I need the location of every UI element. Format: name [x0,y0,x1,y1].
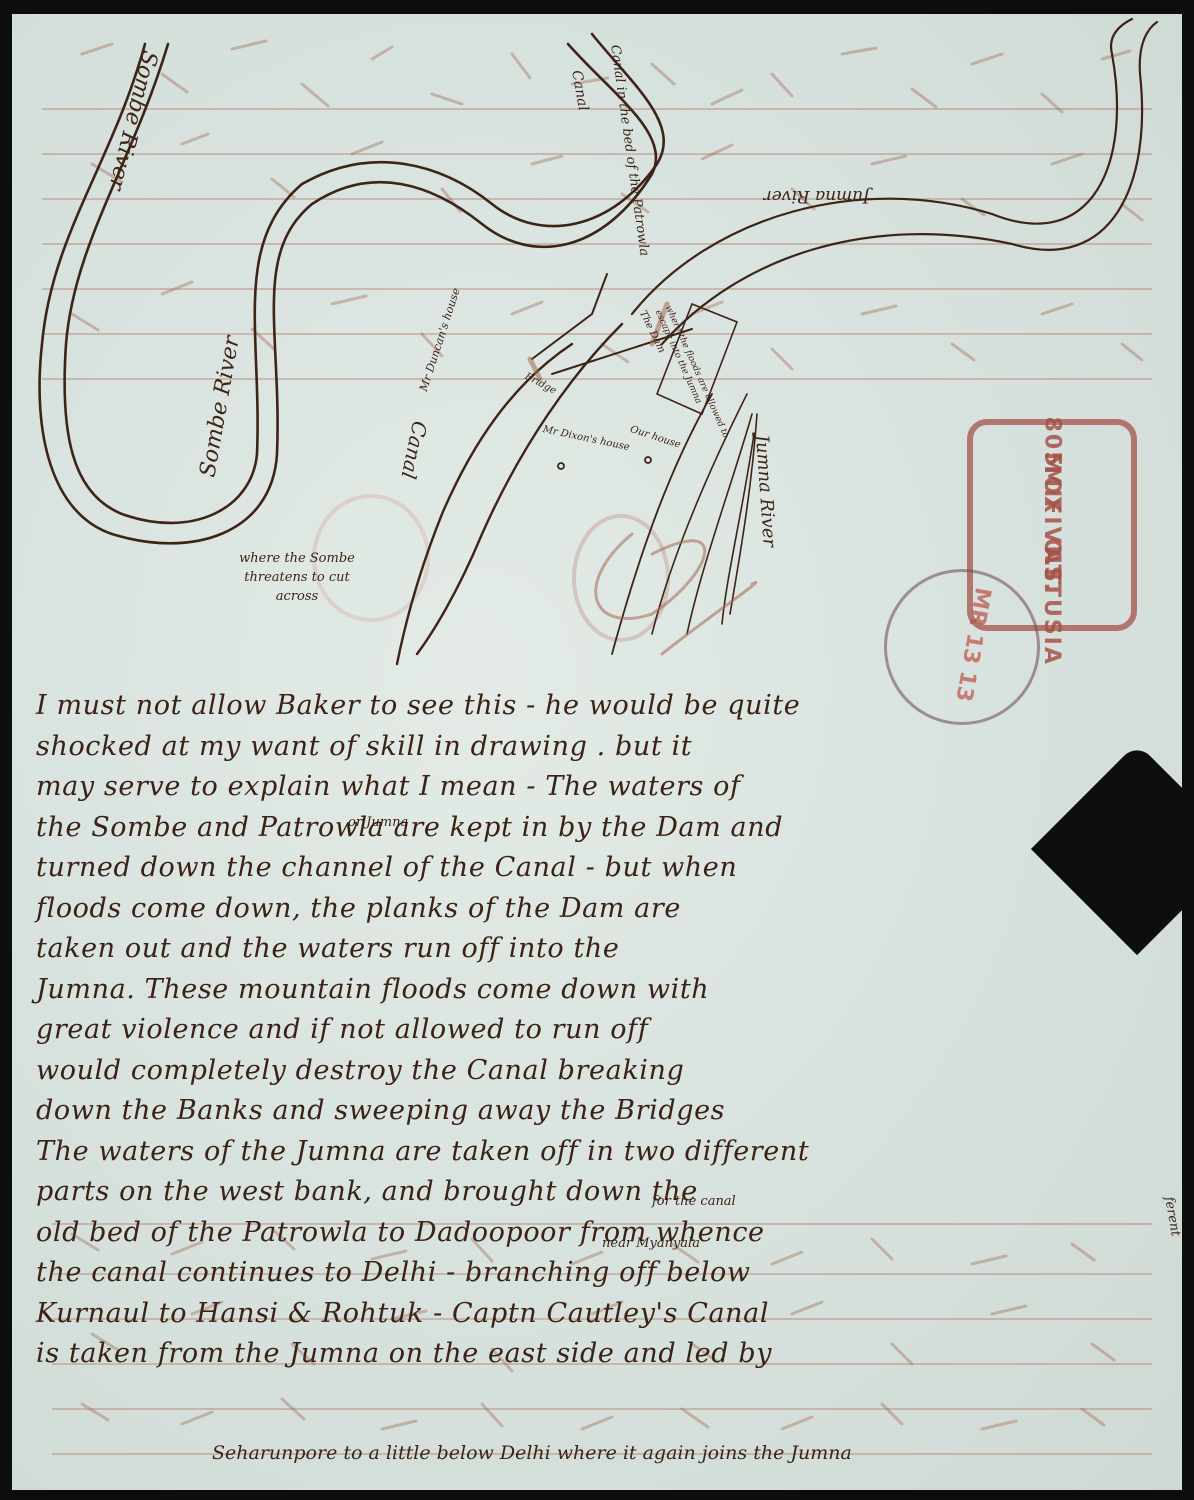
canal-bank-right [417,324,622,654]
letter-line: I must not allow Baker to see this - he … [36,686,1166,727]
jumna-river-bank-lower [662,22,1157,344]
letter-line: great violence and if not allowed to run… [36,1010,1166,1051]
interlinear-near-myanyala: near Myanyala [602,1236,700,1251]
map-label-jumna-river-top: Jumna River [764,186,870,206]
letter-line: may serve to explain what I mean - The w… [36,767,1166,808]
map-label-sombe-note-text: where the Sombe threatens to cut across [239,551,355,604]
stamp-line: 805 [1040,417,1065,469]
letter-line: would completely destroy the Canal break… [36,1051,1166,1092]
letter-line: the canal continues to Delhi - branching… [36,1253,1166,1294]
letter-line: old bed of the Patrowla to Dadoopoor fro… [36,1213,1166,1254]
letter-line: turned down the channel of the Canal - b… [36,848,1166,889]
interlinear-for-the-canal: for the canal [652,1194,736,1209]
letter-line: is taken from the Jumna on the east side… [36,1334,1166,1375]
letter-line: down the Banks and sweeping away the Bri… [36,1091,1166,1132]
map-label-sombe-note: where the Sombe threatens to cut across [222,549,372,606]
pencil-scribble [596,534,756,654]
interlinear-or-jumna: or Jumna [348,815,408,830]
letter-sheet: Sombe River Sombe River Canal Canal in t… [12,14,1182,1490]
letter-line: Kurnaul to Hansi & Rohtuk - Captn Cautle… [36,1294,1166,1335]
letter-line: shocked at my want of skill in drawing .… [36,727,1166,768]
letter-line: parts on the west bank, and brought down… [36,1172,1166,1213]
letter-line: The waters of the Jumna are taken off in… [36,1132,1166,1173]
dixon-house-marker [558,463,564,469]
letter-body: I must not allow Baker to see this - he … [36,686,1166,1375]
letter-line: taken out and the waters run off into th… [36,929,1166,970]
letter-footer-line: Seharunpore to a little below Delhi wher… [212,1442,852,1464]
letter-line: Jumna. These mountain floods come down w… [36,970,1166,1011]
jumna-river-bank-upper [632,19,1132,314]
our-house-marker [645,457,651,463]
letter-line: the Sombe and Patrowla are kept in by th… [36,808,1166,849]
letter-line: floods come down, the planks of the Dam … [36,889,1166,930]
